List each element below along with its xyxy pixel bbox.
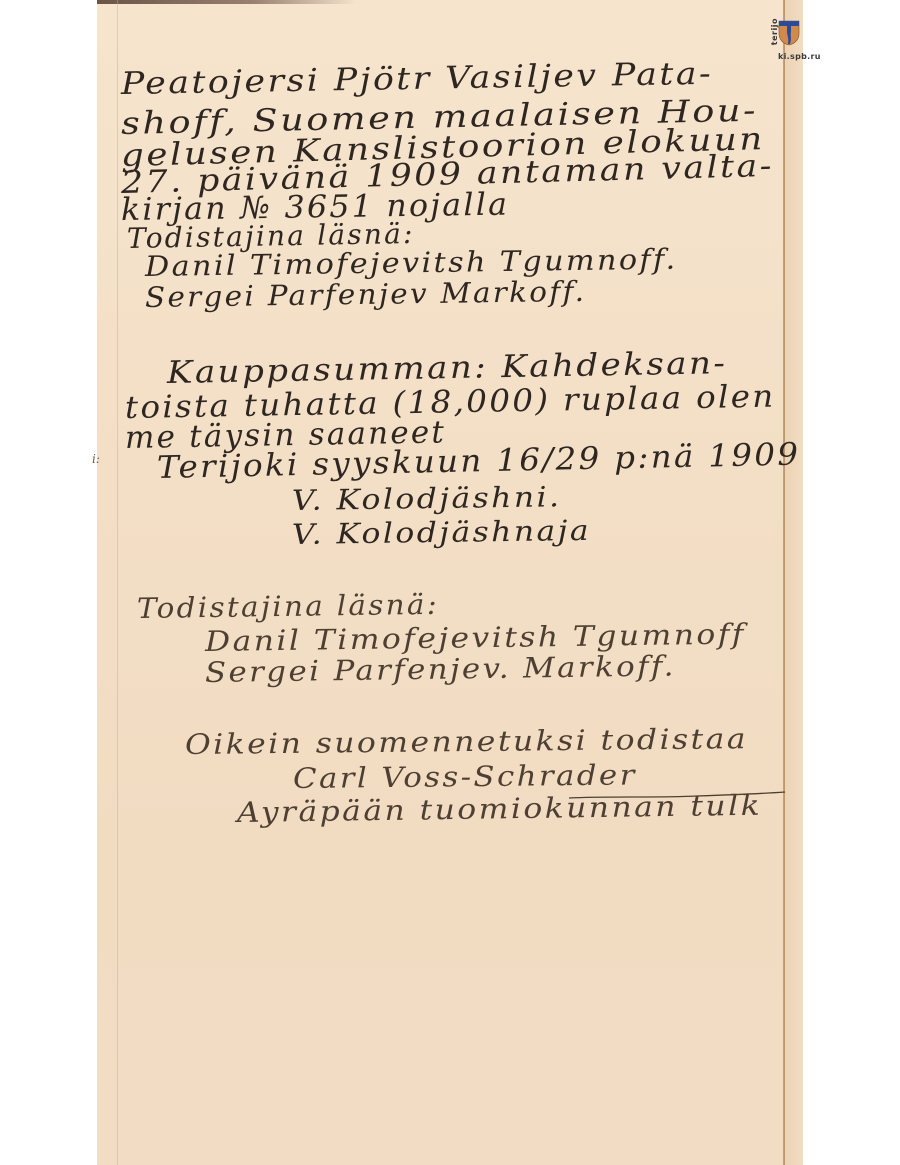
- seller-signature: V. Kolodjäshnaja: [292, 514, 591, 551]
- handwritten-line: Oikein suomennetuksi todistaa: [185, 722, 748, 761]
- shield-icon: [778, 20, 800, 46]
- signature-flourish: [567, 786, 787, 806]
- handwritten-line: Sergei Parfenjev Markoff.: [145, 275, 587, 314]
- page-top-edge-shadow: [97, 0, 357, 4]
- seller-signature: V. Kolodjäshni.: [292, 480, 562, 517]
- manuscript-page: Peatojersi Pjötr Vasiljev Pata- shoff, S…: [97, 0, 803, 1165]
- handwritten-line: Todistajina läsnä:: [137, 588, 439, 625]
- margin-note: i:: [92, 452, 100, 466]
- page-fold-shade: [785, 0, 803, 1165]
- page-fold-line: [783, 0, 785, 1165]
- handwritten-line: Sergei Parfenjev. Markoff.: [205, 649, 676, 689]
- watermark-logo: terijo ki.spb.ru: [768, 12, 804, 54]
- scanned-document: Peatojersi Pjötr Vasiljev Pata- shoff, S…: [0, 0, 900, 1165]
- watermark-text-bottom: ki.spb.ru: [778, 52, 821, 61]
- left-margin-line: [117, 0, 118, 1165]
